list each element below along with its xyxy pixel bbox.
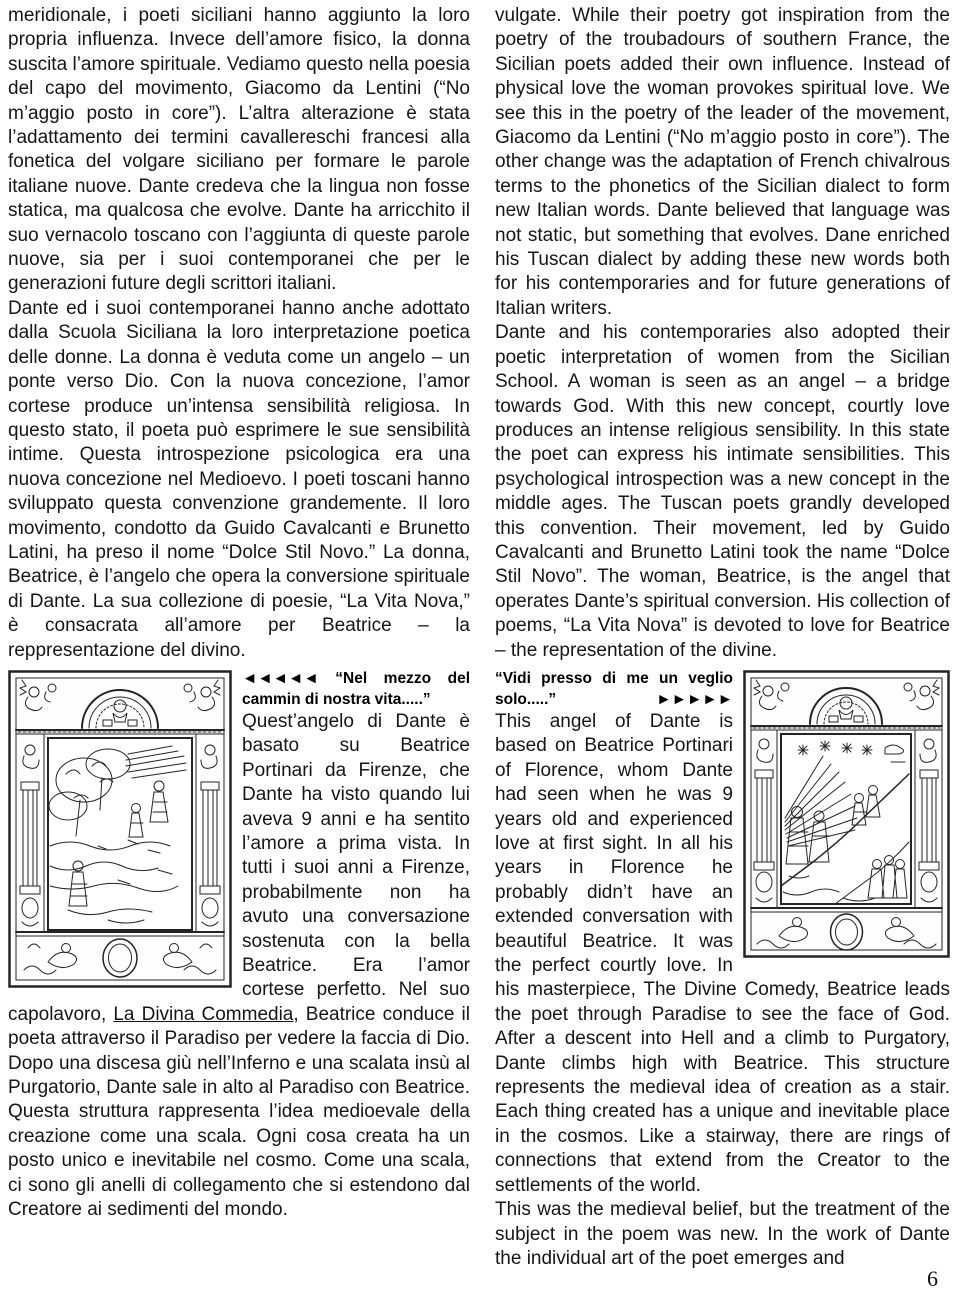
italian-column: meridionale, i poeti siciliani hanno agg… [8,4,470,1271]
paragraph-italian-2: Dante ed i suoi contemporanei hanno anch… [8,297,470,663]
english-column: vulgate. While their poetry got inspirat… [495,4,950,1271]
paragraph-english-1: vulgate. While their poetry got inspirat… [495,4,950,321]
paragraph-italian-3-with-figure: ◄◄◄◄◄ “Nel mezzo del cammin di nostra vi… [8,668,470,1223]
two-column-layout: meridionale, i poeti siciliani hanno agg… [0,0,960,1271]
woodcut-purgatory-image [743,670,950,958]
paragraph-italian-1: meridionale, i poeti siciliani hanno agg… [8,4,470,297]
caption-quote-end: solo.....” [495,691,556,708]
page-number: 6 [927,1266,938,1292]
paragraph-english-4: This was the medieval belief, but the tr… [495,1198,950,1271]
paragraph-italian-3-text-continued: Beatrice conduce il poeta attraverso il … [8,1004,470,1220]
woodcut-dark-wood-figure [8,670,232,988]
paragraph-english-3-with-figure: “Vidi presso di me un veglio solo.....” … [495,668,950,1198]
right-arrows-glyphs: ►►►►► [656,691,733,708]
paragraph-english-2: Dante and his contemporaries also adopte… [495,321,950,663]
document-page: meridionale, i poeti siciliani hanno agg… [0,0,960,1308]
woodcut-purgatory-figure [743,670,950,958]
woodcut-dark-wood-image [8,670,232,988]
underlined-title-la-divina-commedia: La Divina Commedia, [113,1004,298,1025]
